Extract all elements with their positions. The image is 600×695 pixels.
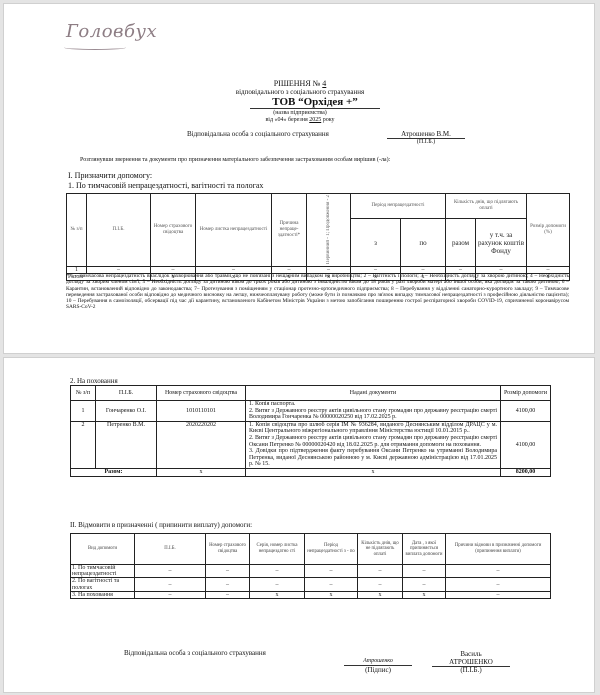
responsible-name: Атрошенко В.М. bbox=[387, 130, 465, 139]
footnote: * 1 – Тимчасова непрацездатність внаслід… bbox=[66, 273, 569, 311]
col-refusal-reason: Причини відмови в призначенні допомоги (… bbox=[446, 534, 551, 565]
col-reason: Причина непраце-здатності* bbox=[272, 194, 307, 267]
refusal-table: Вид допомоги П.І.Б. Номер страхового сві… bbox=[70, 533, 551, 599]
logo-text: Головбух bbox=[66, 21, 157, 42]
col-pib: П.І.Б. bbox=[96, 386, 157, 401]
decision-year: 2025 bbox=[309, 117, 321, 123]
signature: Атрошенко bbox=[344, 658, 412, 666]
table-row: 2. По вагітності та пологах – – – – – – … bbox=[71, 578, 551, 591]
table-row: 2 Петренко В.М. 2020220202 1. Копія свід… bbox=[71, 421, 551, 468]
col-amount: Розмір допомоги (%) bbox=[527, 194, 570, 267]
col-insurance-number: Номер страхового свідоцтва bbox=[151, 194, 196, 267]
col-primary: Первинний - 1; Продовження - 2 bbox=[307, 194, 351, 267]
col-period-to: по bbox=[401, 219, 446, 267]
section3-heading: ІІ. Відмовити в призначенні ( припинити … bbox=[70, 521, 370, 529]
section2-heading: 2. На поховання bbox=[70, 377, 270, 385]
documents-cell: 1. Копія свідоцтва про шлюб серія ІМ № 9… bbox=[246, 421, 501, 468]
col-days-fund: у т.ч. за рахунок коштів Фонду bbox=[476, 219, 527, 267]
funeral-table: № з/п П.І.Б. Номер страхового свідоцтва … bbox=[70, 385, 551, 477]
decision-number: 4 bbox=[322, 79, 326, 88]
decision-title: РІШЕННЯ № 4 bbox=[200, 79, 400, 88]
col-sick-leave-series: Серія, номер листка непрацездатно сті bbox=[250, 534, 305, 565]
table-row: 1. По тимчасовій непрацездатності – – – … bbox=[71, 565, 551, 578]
sick-leave-table: № з/п П.І.Б. Номер страхового свідоцтва … bbox=[66, 193, 570, 281]
col-insurance-number: Номер страхового свідоцтва bbox=[206, 534, 250, 565]
col-amount: Розмір допомоги bbox=[501, 386, 551, 401]
col-days-total: разом bbox=[446, 219, 476, 267]
golovbukh-logo: Головбух bbox=[66, 21, 157, 42]
col-num: № з/п bbox=[67, 194, 87, 267]
documents-cell: 1. Копія паспорта. 2. Витяг з Державного… bbox=[246, 401, 501, 422]
col-documents: Надані документи bbox=[246, 386, 501, 401]
signer-caption: (П.І.Б.) bbox=[432, 666, 510, 674]
signature-caption: (Підпис) bbox=[344, 666, 412, 674]
company-caption: (назва підприємства) bbox=[230, 110, 370, 117]
col-insurance-number: Номер страхового свідоцтва bbox=[157, 386, 246, 401]
col-period: Період непрацездатності з - по bbox=[305, 534, 358, 565]
section1-heading: І. Призначити допомогу: bbox=[68, 171, 368, 180]
col-pib: П.І.Б. bbox=[135, 534, 206, 565]
total-row: Разом: x x 8200,00 bbox=[71, 468, 551, 476]
decision-subtitle: відповідального з соціального страхуванн… bbox=[180, 88, 420, 96]
company-name: ТОВ “Орхідея +” bbox=[250, 96, 380, 109]
table-row: 1 Гончаренко О.І. 1010110101 1. Копія па… bbox=[71, 401, 551, 422]
decision-date: від «04» березня 2025 року bbox=[220, 117, 380, 124]
col-pib: П.І.Б. bbox=[87, 194, 151, 267]
col-num: № з/п bbox=[71, 386, 96, 401]
col-stop-date: Дата , з якої припиняється виплата допом… bbox=[403, 534, 446, 565]
logo-swash-icon bbox=[64, 45, 126, 50]
col-period: Період непрацездатності bbox=[351, 194, 446, 219]
col-unpaid-days: Кількість днів, що не підлягають оплаті bbox=[358, 534, 403, 565]
col-days: Кількість днів, що підлягають оплаті bbox=[446, 194, 527, 219]
document-page-2: 2. На поховання № з/п П.І.Б. Номер страх… bbox=[3, 357, 595, 693]
table-row: 3. На поховання – – x x x x – bbox=[71, 591, 551, 598]
responsible-caption: (П.І.Б.) bbox=[387, 139, 465, 146]
document-page-1: Головбух РІШЕННЯ № 4 відповідального з с… bbox=[3, 3, 595, 354]
signer-first-name: Василь bbox=[432, 650, 510, 658]
intro-text: Розглянувши звернення та документи про п… bbox=[80, 157, 580, 164]
col-period-from: з bbox=[351, 219, 401, 267]
signature-label: Відповідальна особа з соціального страху… bbox=[124, 649, 324, 657]
responsible-label: Відповідальна особа з соціального страху… bbox=[187, 130, 387, 138]
section1-subheading: 1. По тимчасовій непрацездатності, вагіт… bbox=[68, 181, 368, 190]
col-benefit-type: Вид допомоги bbox=[71, 534, 135, 565]
col-sick-leave-number: Номер листка непрацездатності bbox=[196, 194, 272, 267]
